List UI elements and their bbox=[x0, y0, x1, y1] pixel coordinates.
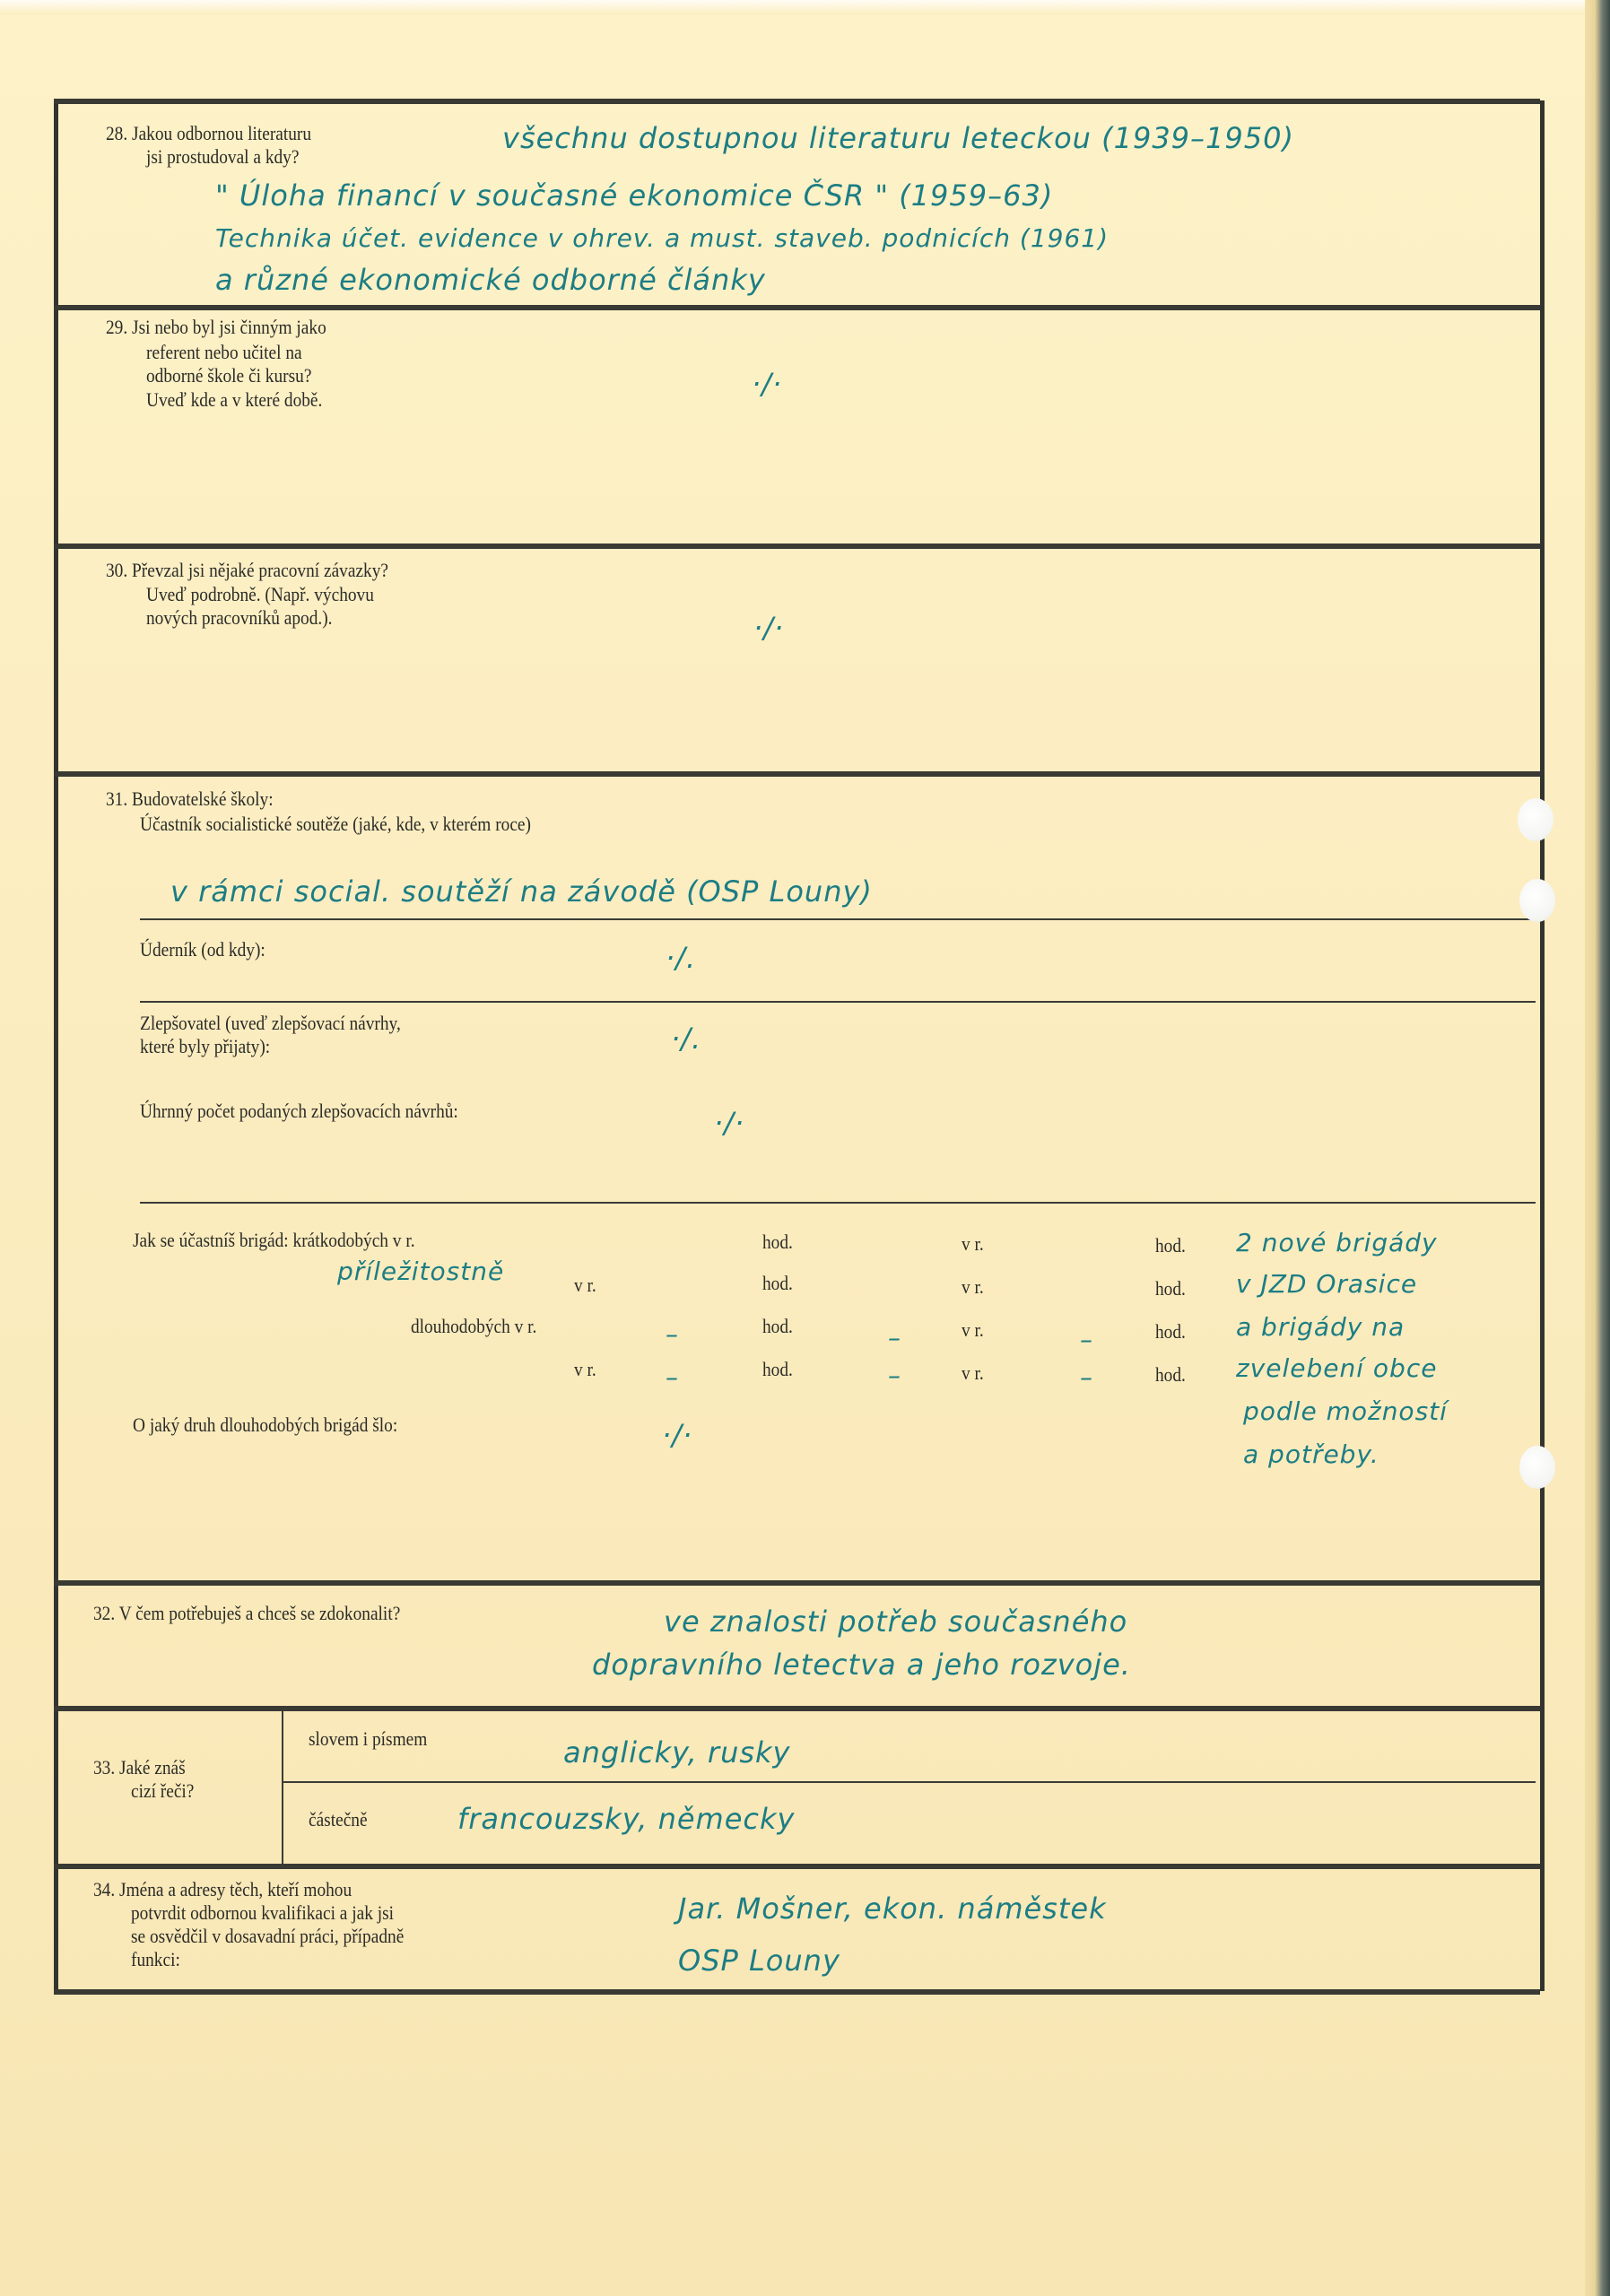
q30-label-3: nových pracovníků apod.). bbox=[146, 606, 333, 630]
q28-answer-4: a různé ekonomické odborné články bbox=[215, 264, 766, 296]
rule-32-33 bbox=[54, 1706, 1540, 1711]
q29-label-4: Uveď kde a v které době. bbox=[146, 388, 322, 412]
q31-total-label: Úhrnný počet podaných zlepšovacích návrh… bbox=[140, 1100, 458, 1123]
punch-hole bbox=[1518, 798, 1553, 841]
brigades-dash-4b: – bbox=[888, 1360, 901, 1392]
q28-answer-2: " Úloha financí v současné ekonomice ČSR… bbox=[215, 179, 1053, 212]
brigades-hod-3a: hod. bbox=[762, 1315, 793, 1338]
brigades-dash-4a: – bbox=[666, 1361, 679, 1394]
q29-label-3: odborné škole či kursu? bbox=[146, 364, 311, 387]
q31-improver-label-1: Zlepšovatel (uveď zlepšovací návrhy, bbox=[140, 1012, 401, 1035]
q34-label-1: 34. Jména a adresy těch, kteří mohou bbox=[93, 1878, 352, 1901]
brigades-hod-3c: hod. bbox=[1155, 1320, 1186, 1344]
q30-label-2: Uveď podrobně. (Např. výchovu bbox=[146, 583, 374, 606]
brigades-vr-1b: v r. bbox=[962, 1232, 984, 1256]
rule-29-30 bbox=[54, 544, 1540, 549]
side-note-line: podle možností bbox=[1243, 1396, 1448, 1428]
brigades-vr-2a: v r. bbox=[574, 1274, 596, 1297]
brigades-occasional: příležitostně bbox=[337, 1256, 504, 1288]
q31-udernik-line bbox=[140, 1001, 1536, 1003]
brigades-kind-answer: ·/· bbox=[662, 1419, 692, 1451]
brigades-vr-3b: v r. bbox=[962, 1318, 984, 1342]
q33-fluent-label: slovem i písmem bbox=[309, 1727, 427, 1751]
brigades-hod-1a: hod. bbox=[762, 1231, 793, 1254]
side-note-line: 2 nové brigády bbox=[1236, 1227, 1438, 1259]
brigades-dash-3a: – bbox=[666, 1318, 679, 1351]
brigades-intro: Jak se účastníš brigád: krátkodobých v r… bbox=[133, 1229, 415, 1252]
brigades-hod-2a: hod. bbox=[762, 1272, 793, 1295]
brigades-long-label: dlouhodobých v r. bbox=[411, 1315, 536, 1338]
q31-total-line bbox=[140, 1202, 1536, 1204]
rule-28-29 bbox=[54, 305, 1540, 310]
q31-udernik-answer: ·/. bbox=[666, 942, 696, 974]
side-note-line: a brigády na bbox=[1236, 1311, 1405, 1344]
q34-label-4: funkci: bbox=[131, 1948, 180, 1971]
q32-answer-2: dopravního letectva a jeho rozvoje. bbox=[592, 1648, 1131, 1681]
q30-answer: ·/· bbox=[753, 612, 784, 644]
side-note-line: v JZD Orasice bbox=[1236, 1268, 1417, 1300]
brigades-dash-4c: – bbox=[1080, 1361, 1093, 1394]
q28-answer-3: Technika účet. evidence v ohrev. a must.… bbox=[215, 222, 1109, 255]
brigades-hod-4c: hod. bbox=[1155, 1363, 1186, 1387]
brigades-vr-2b: v r. bbox=[962, 1275, 984, 1299]
q31-competition-label: Účastník socialistické soutěže (jaké, kd… bbox=[140, 813, 531, 836]
torn-top-edge bbox=[0, 0, 1610, 14]
rule-33-34 bbox=[54, 1864, 1540, 1869]
q28-label-2: jsi prostudoval a kdy? bbox=[146, 145, 299, 169]
q33-label-1: 33. Jaké znáš bbox=[93, 1756, 186, 1779]
side-note-line: zvelebení obce bbox=[1236, 1352, 1437, 1385]
rule-bottom bbox=[54, 1989, 1540, 1995]
brigades-vr-4a: v r. bbox=[574, 1358, 596, 1381]
q34-label-3: se osvědčil v dosavadní práci, případně bbox=[131, 1925, 404, 1948]
brigades-hod-4a: hod. bbox=[762, 1358, 793, 1381]
brigades-hod-2b: hod. bbox=[1155, 1277, 1186, 1300]
q34-answer-2: OSP Louny bbox=[678, 1944, 840, 1977]
q31-improver-answer: ·/. bbox=[671, 1022, 701, 1055]
q34-answer-1: Jar. Mošner, ekon. náměstek bbox=[678, 1892, 1107, 1925]
q28-label-1: 28. Jakou odbornou literaturu bbox=[106, 122, 311, 145]
side-note-line: a potřeby. bbox=[1243, 1439, 1379, 1471]
q32-answer-1: ve znalosti potřeb současného bbox=[664, 1605, 1127, 1638]
q33-split-line bbox=[283, 1781, 1536, 1783]
rule-30-31 bbox=[54, 771, 1540, 777]
q31-udernik-label: Úderník (od kdy): bbox=[140, 938, 265, 961]
rule-31-32 bbox=[54, 1580, 1540, 1586]
punch-hole bbox=[1519, 879, 1555, 922]
brigades-dash-3b: – bbox=[888, 1322, 901, 1354]
q31-competition-line bbox=[140, 918, 1536, 920]
brigades-vr-4b: v r. bbox=[962, 1361, 984, 1385]
q28-answer-1: všechnu dostupnou literaturu leteckou (1… bbox=[502, 122, 1294, 154]
q31-total-answer: ·/· bbox=[714, 1107, 744, 1139]
rule-top bbox=[54, 99, 1540, 104]
q30-label-1: 30. Převzal jsi nějaké pracovní závazky? bbox=[106, 559, 388, 582]
q29-label-2: referent nebo učitel na bbox=[146, 341, 302, 364]
punch-hole bbox=[1519, 1446, 1555, 1489]
brigades-dash-3c: – bbox=[1080, 1324, 1093, 1356]
q29-label-1: 29. Jsi nebo byl jsi činným jako bbox=[106, 316, 326, 339]
q33-partial-label: částečně bbox=[309, 1808, 368, 1831]
q33-partial-answer: francouzsky, německy bbox=[457, 1803, 795, 1835]
q31-title: 31. Budovatelské školy: bbox=[106, 787, 274, 811]
brigades-hod-1b: hod. bbox=[1155, 1234, 1186, 1257]
q31-improver-label-2: které byly přijaty): bbox=[140, 1035, 270, 1058]
q29-answer: ·/· bbox=[752, 368, 782, 400]
brigades-kind-label: O jaký druh dlouhodobých brigád šlo: bbox=[133, 1413, 397, 1437]
q33-label-2: cizí řeči? bbox=[131, 1779, 194, 1803]
q31-competition-answer: v rámci social. soutěží na závodě (OSP L… bbox=[170, 875, 873, 908]
q33-separator bbox=[282, 1711, 283, 1864]
page-edge bbox=[1585, 0, 1610, 2296]
q33-fluent-answer: anglicky, rusky bbox=[563, 1736, 790, 1769]
q34-label-2: potvrdit odbornou kvalifikaci a jak jsi bbox=[131, 1901, 394, 1925]
q32-label: 32. V čem potřebuješ a chceš se zdokonal… bbox=[93, 1602, 400, 1625]
